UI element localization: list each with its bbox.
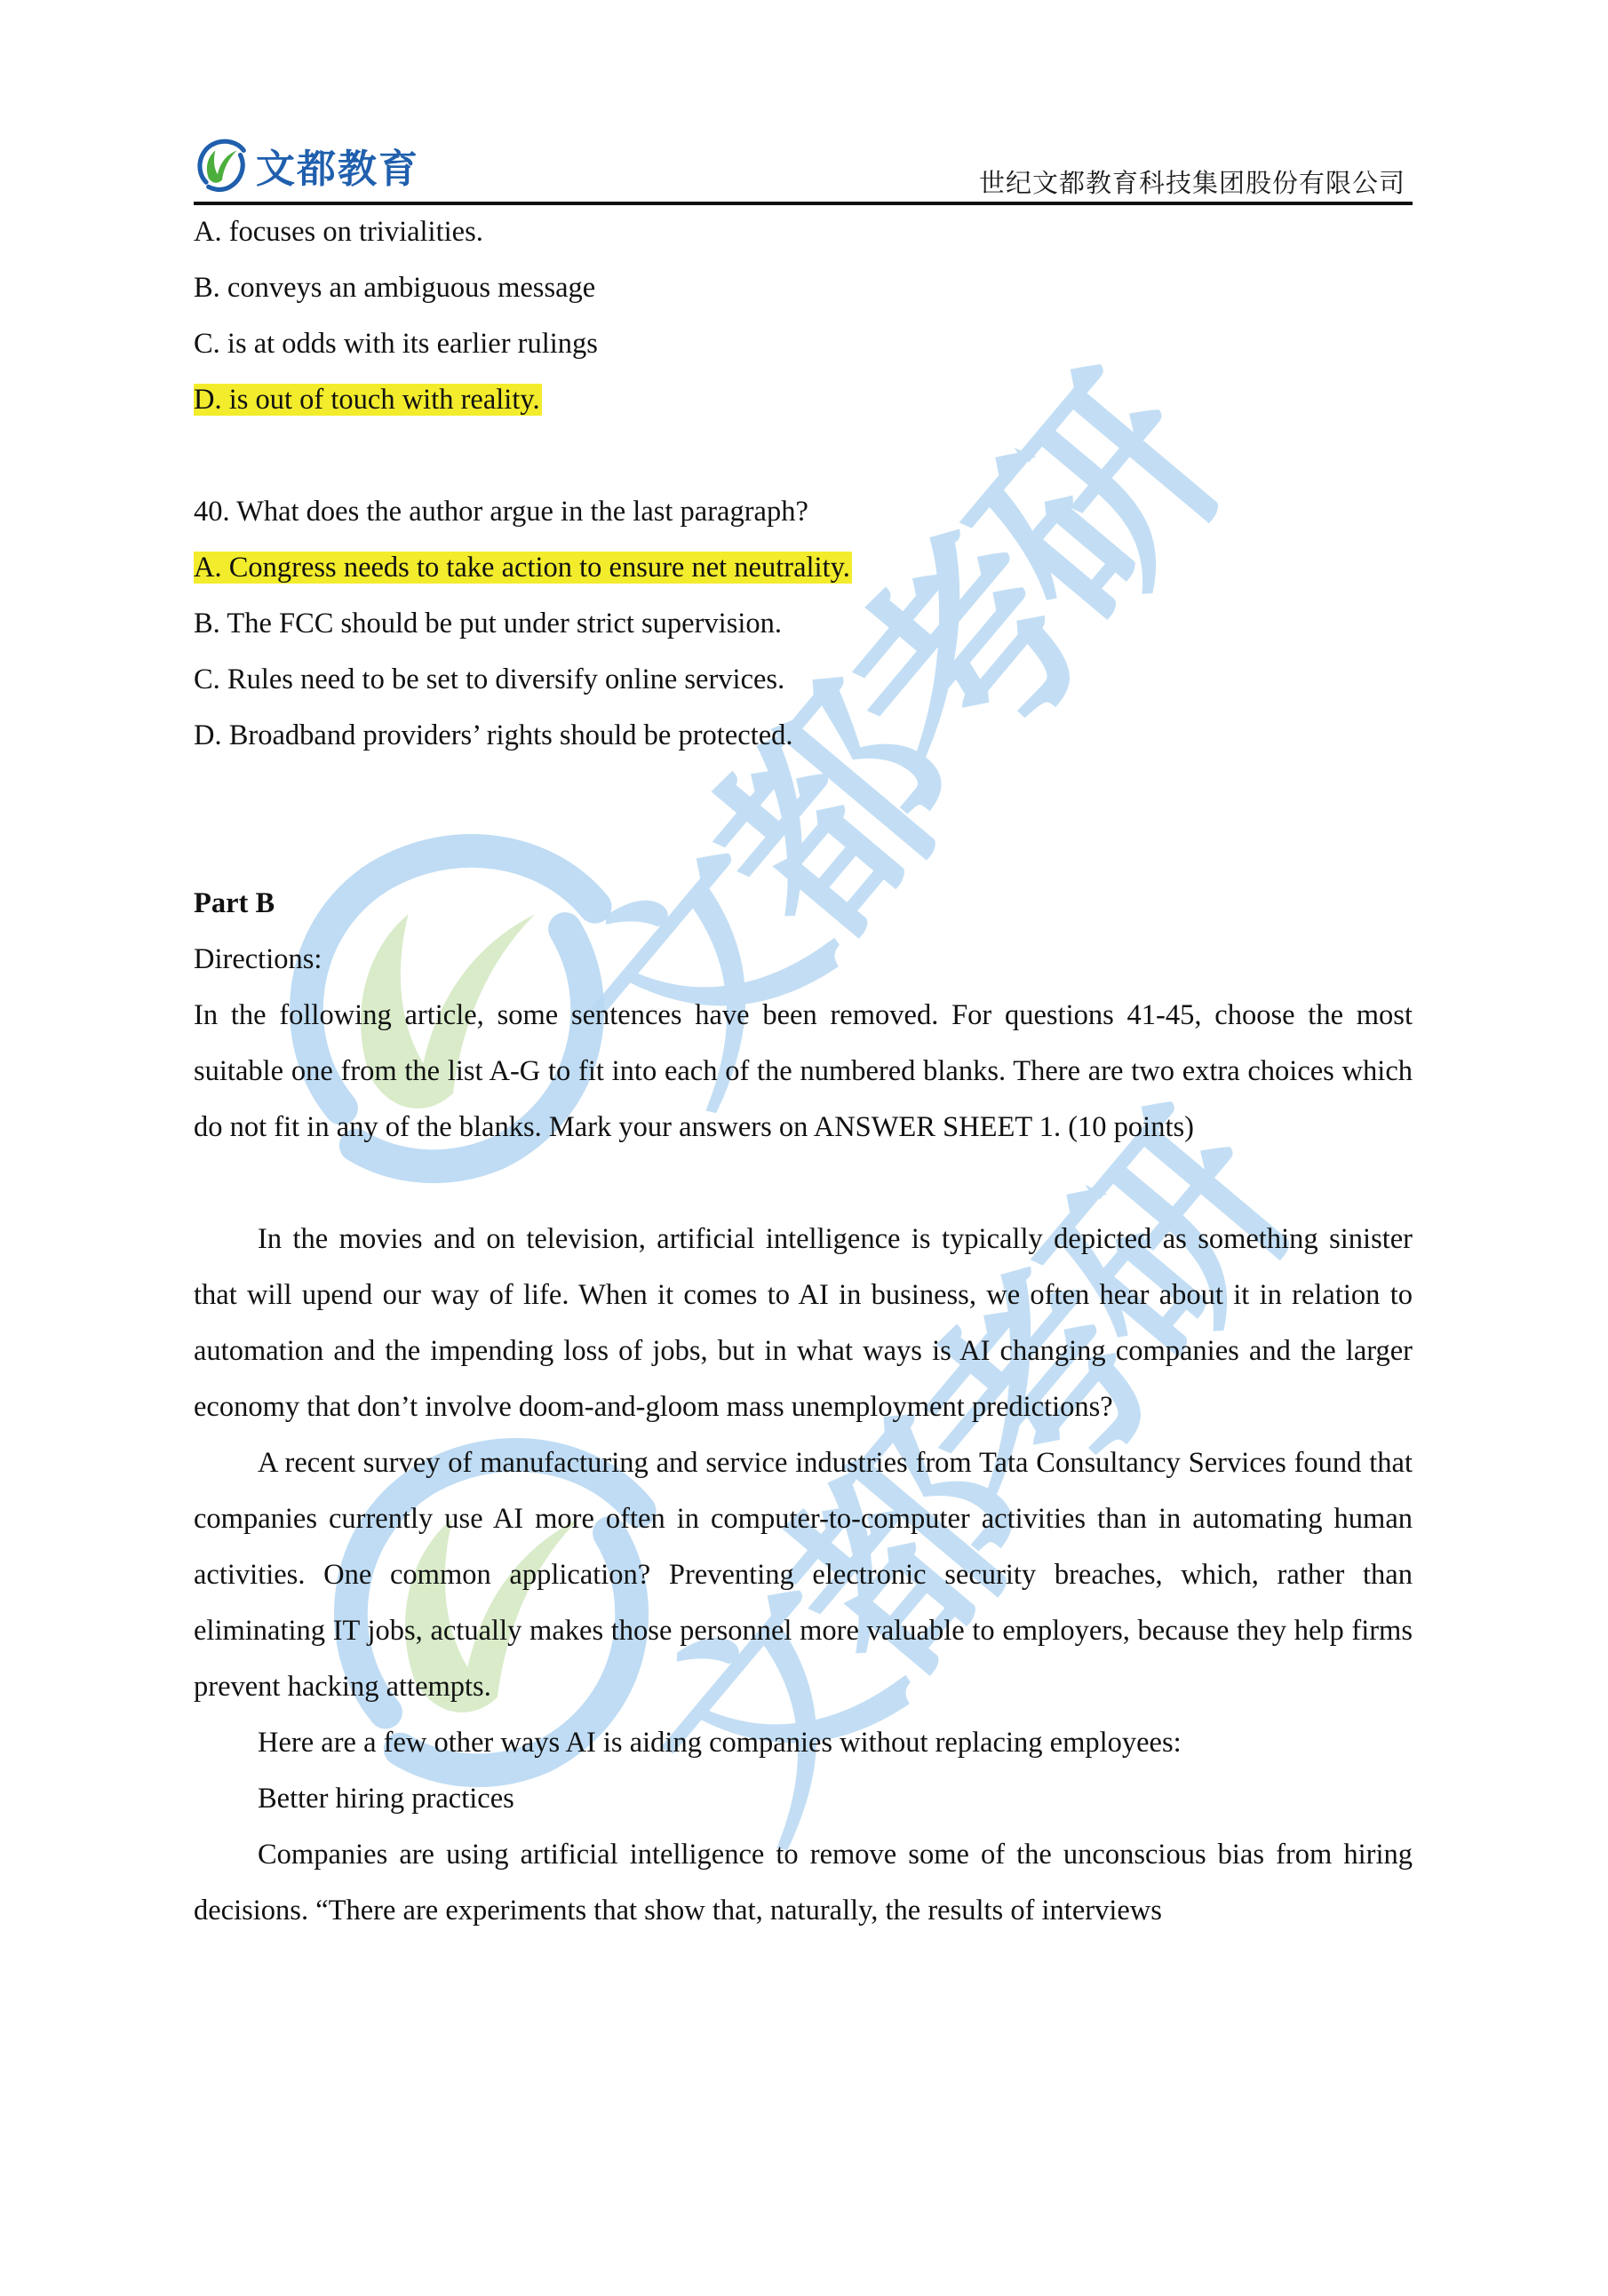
spacer [194,1156,1413,1212]
option-c: C. is at odds with its earlier rulings [194,316,1413,372]
q39-options: A. focuses on trivialities. B. conveys a… [194,204,1413,428]
option-d: D. Broadband providers’ rights should be… [194,708,1413,764]
brand-logo-icon [194,137,251,194]
article-subheading: Better hiring practices [194,1771,1413,1827]
article-paragraph: In the movies and on television, artific… [194,1212,1413,1435]
question-40: 40. What does the author argue in the la… [194,484,1413,764]
option-a: A. focuses on trivialities. [194,204,1413,260]
part-b-section: Part B Directions: In the following arti… [194,876,1413,1156]
brand-logo-text: 文都教育 [256,137,419,194]
question-stem: 40. What does the author argue in the la… [194,484,1413,540]
option-text: A. focuses on trivialities. [194,216,483,248]
brand-logo: 文都教育 [194,133,419,197]
page-header: 文都教育 世纪文都教育科技集团股份有限公司 [194,133,1413,206]
article-paragraph: Here are a few other ways AI is aiding c… [194,1715,1413,1771]
highlighted-answer: D. is out of touch with reality. [194,384,542,416]
option-text: C. Rules need to be set to diversify onl… [194,663,784,695]
option-d-answer: D. is out of touch with reality. [194,372,1413,428]
option-b: B. conveys an ambiguous message [194,260,1413,316]
spacer [194,764,1413,876]
option-a-answer: A. Congress needs to take action to ensu… [194,540,1413,596]
document-body: A. focuses on trivialities. B. conveys a… [194,204,1413,1939]
header-divider [194,202,1413,205]
spacer [194,428,1413,484]
option-text: B. conveys an ambiguous message [194,272,595,304]
option-c: C. Rules need to be set to diversify onl… [194,652,1413,708]
option-text: D. Broadband providers’ rights should be… [194,719,793,751]
section-title: Part B [194,876,1413,932]
article: In the movies and on television, artific… [194,1212,1413,1939]
company-name: 世纪文都教育科技集团股份有限公司 [979,163,1405,200]
option-text: B. The FCC should be put under strict su… [194,608,782,640]
option-b: B. The FCC should be put under strict su… [194,596,1413,652]
option-text: C. is at odds with its earlier rulings [194,328,598,360]
article-paragraph: Companies are using artificial intellige… [194,1827,1413,1939]
highlighted-answer: A. Congress needs to take action to ensu… [194,552,852,584]
directions-text: In the following article, some sentences… [194,988,1413,1156]
article-paragraph: A recent survey of manufacturing and ser… [194,1435,1413,1715]
directions-label: Directions: [194,932,1413,988]
